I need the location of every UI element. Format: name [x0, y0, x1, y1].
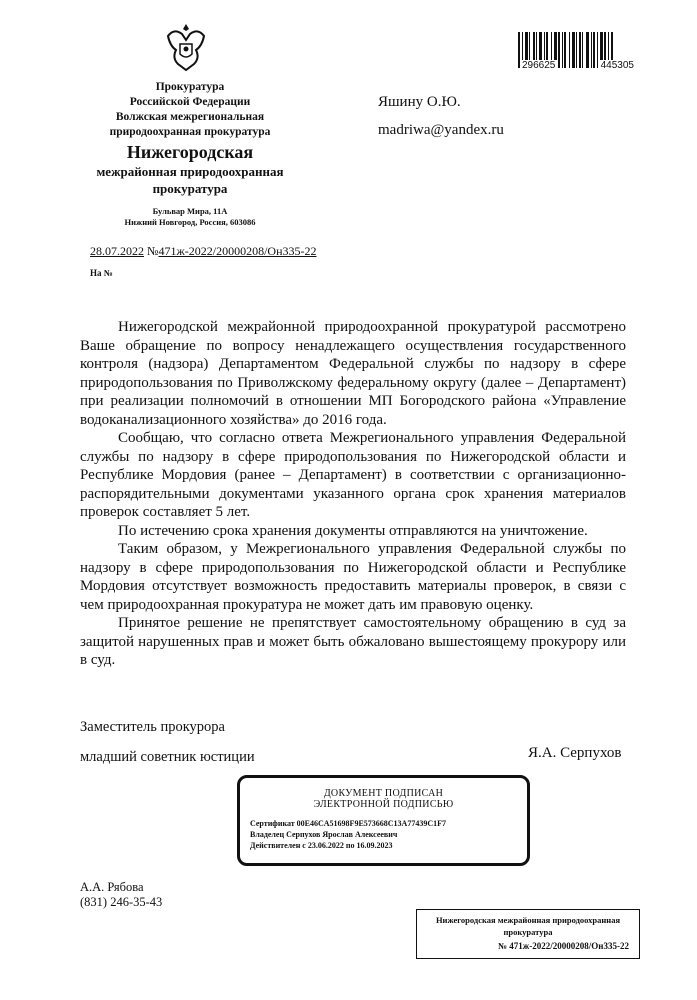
- coat-of-arms-icon: [158, 20, 214, 76]
- electronic-signature-stamp: ДОКУМЕНТ ПОДПИСАН ЭЛЕКТРОННОЙ ПОДПИСЬЮ С…: [237, 775, 530, 866]
- organization-header: Прокуратура Российской Федерации Волжска…: [70, 80, 310, 197]
- document-number: 471ж-2022/20000208/Он335-22: [158, 244, 316, 258]
- body-paragraph: Принятое решение не препятствует самосто…: [80, 614, 626, 670]
- address-street: Бульвар Мира, 11А: [70, 206, 310, 217]
- registration-stamp: Нижегородская межрайонная природоохранна…: [416, 909, 640, 959]
- org-sub-line: прокуратура: [70, 180, 310, 197]
- org-main-title: Нижегородская: [70, 141, 310, 163]
- org-line: Российской Федерации: [70, 95, 310, 110]
- signer-position: Заместитель прокурора младший советник ю…: [80, 712, 255, 772]
- executor-name: А.А. Рябова: [80, 880, 162, 895]
- body-paragraph: Нижегородской межрайонной природоохранно…: [80, 318, 626, 429]
- esign-title-line2: ЭЛЕКТРОННОЙ ПОДПИСЬЮ: [240, 799, 527, 810]
- stamp-org-line1: Нижегородская межрайонная природоохранна…: [417, 914, 639, 926]
- recipient-name: Яшину О.Ю.: [378, 88, 504, 116]
- barcode-numbers: 296625 445305: [520, 60, 636, 71]
- esign-validity: Действителен с 23.06.2022 по 16.09.2023: [250, 840, 527, 851]
- executor-contact: А.А. Рябова (831) 246-35-43: [80, 880, 162, 910]
- stamp-number: № 471ж-2022/20000208/Он335-22: [417, 940, 639, 952]
- document-date: 28.07.2022: [90, 244, 144, 258]
- position-title: Заместитель прокурора: [80, 712, 255, 742]
- body-paragraph: По истечению срока хранения документы от…: [80, 522, 626, 541]
- number-sign: №: [147, 244, 158, 258]
- org-line: природоохранная прокуратура: [70, 125, 310, 140]
- esign-certificate: Сертификат 00E46CA51698F9E573668C13A7743…: [250, 818, 527, 829]
- recipient-email: madriwa@yandex.ru: [378, 116, 504, 144]
- in-reply-label: На №: [90, 268, 113, 278]
- barcode-right-number: 445305: [599, 60, 636, 71]
- body-paragraph: Сообщаю, что согласно ответа Межрегионал…: [80, 429, 626, 522]
- recipient-block: Яшину О.Ю. madriwa@yandex.ru: [378, 88, 504, 144]
- body-paragraph: Таким образом, у Межрегионального управл…: [80, 540, 626, 614]
- letter-body: Нижегородской межрайонной природоохранно…: [80, 318, 626, 670]
- address-city: Нижний Новгород, Россия, 603086: [70, 217, 310, 228]
- org-line: Прокуратура: [70, 80, 310, 95]
- org-sub-line: межрайонная природоохранная: [70, 163, 310, 180]
- barcode-left-number: 296625: [520, 60, 557, 71]
- signer-name: Я.А. Серпухов: [528, 745, 621, 762]
- org-address: Бульвар Мира, 11А Нижний Новгород, Росси…: [70, 206, 310, 228]
- esign-title-line1: ДОКУМЕНТ ПОДПИСАН: [240, 788, 527, 799]
- executor-phone: (831) 246-35-43: [80, 895, 162, 910]
- org-line: Волжская межрегиональная: [70, 110, 310, 125]
- position-rank: младший советник юстиции: [80, 742, 255, 772]
- esign-owner: Владелец Серпухов Ярослав Алексеевич: [250, 829, 527, 840]
- stamp-org-line2: прокуратура: [417, 926, 639, 938]
- document-number-line: 28.07.2022 №471ж-2022/20000208/Он335-22: [90, 244, 317, 259]
